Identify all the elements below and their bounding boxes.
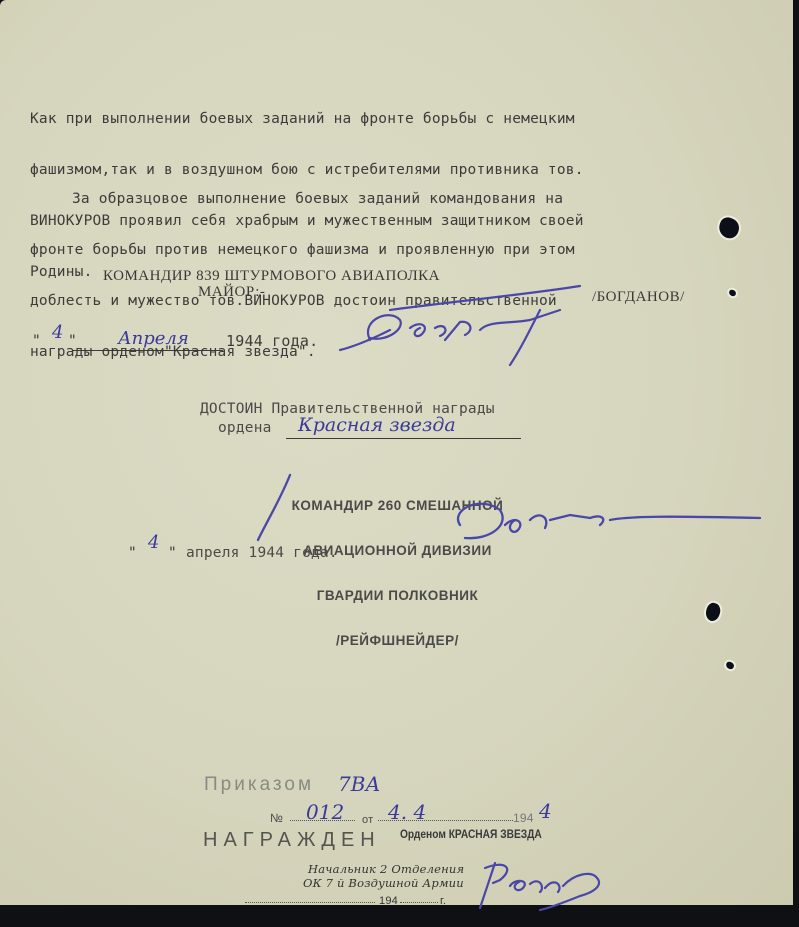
chief-line2: ОК 7 й Воздушной Армии <box>303 876 464 890</box>
chief-signature <box>455 858 615 918</box>
date1-year: 1944 года. <box>226 333 318 350</box>
paragraph-2-line: фронте борьбы против немецкого фашизма и… <box>30 242 575 259</box>
punch-hole <box>716 215 742 241</box>
punch-hole <box>725 661 735 670</box>
footer-year: 194 <box>379 893 398 910</box>
chief-line1: Начальник 2 Отделения <box>308 862 464 876</box>
paragraph-1-line: Как при выполнении боевых заданий на фро… <box>30 111 584 128</box>
footer-dotline-right <box>400 902 438 903</box>
date-handwritten: 4. 4 <box>388 800 426 824</box>
order-handwritten: 7ВА <box>338 772 381 796</box>
commander1-signature <box>330 280 590 370</box>
date1-quote-open: " <box>32 333 41 350</box>
punch-hole <box>703 601 722 623</box>
commander1-rank: МАЙОР:- <box>198 284 265 301</box>
decision-underline <box>286 438 521 439</box>
year-handwritten: 4 <box>539 799 552 823</box>
footer-suffix: г. <box>440 893 446 910</box>
decision-award-handwritten: Красная звезда <box>298 414 456 436</box>
awarded-label: НАГРАЖДЕН <box>203 832 381 849</box>
date1-underline <box>73 350 223 351</box>
date2-rest: апреля 1944 года. <box>186 545 338 562</box>
commander2-line: /РЕЙФШНЕЙДЕР/ <box>285 633 510 648</box>
date2-quote-close: " <box>168 545 177 562</box>
paragraph-2-line: За образцовое выполнение боевых заданий … <box>30 191 575 208</box>
date1-day: 4 <box>52 322 63 343</box>
document-page: Как при выполнении боевых заданий на фро… <box>0 0 793 905</box>
order-label: Приказом <box>204 776 314 793</box>
punch-hole <box>728 289 737 297</box>
award-text: Орденом КРАСНАЯ ЗВЕЗДА <box>400 826 542 843</box>
from-label: от <box>362 812 373 829</box>
date1-month: Апреля <box>118 328 189 349</box>
number-label: № <box>270 810 283 827</box>
date2-day: 4 <box>148 532 159 553</box>
date1-quote-close: " <box>68 333 77 350</box>
year-prefix: 194 <box>513 810 534 827</box>
date2-quote-open: " <box>128 545 137 562</box>
commander1-name: /БОГДАНОВ/ <box>592 289 685 306</box>
number-handwritten: 012 <box>306 800 344 824</box>
decision-line2-label: ордена <box>218 420 272 437</box>
commander2-line: ГВАРДИИ ПОЛКОВНИК <box>285 588 510 603</box>
footer-dotline-left <box>245 902 375 903</box>
